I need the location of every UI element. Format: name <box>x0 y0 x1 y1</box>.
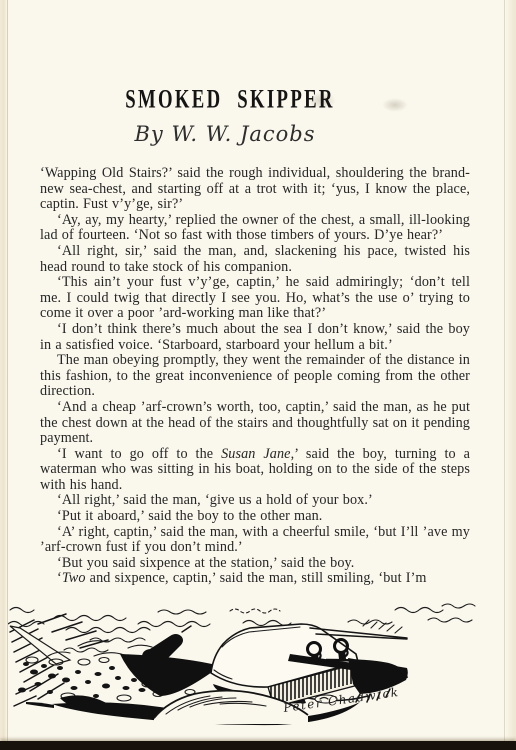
page-right-edge <box>504 0 516 741</box>
page-left-edge <box>0 0 8 750</box>
book-page: SMOKED SKIPPER By W. W. Jacobs ‘Wapping … <box>0 0 516 750</box>
boat-illustration: Peter Chadwick <box>8 598 488 730</box>
story-paragraph: ‘All right,’ said the man, ‘give us a ho… <box>40 493 470 509</box>
story-paragraph: ‘A’ right, captin,’ said the man, with a… <box>40 525 470 556</box>
story-title: SMOKED SKIPPER <box>62 85 397 115</box>
text-block: SMOKED SKIPPER By W. W. Jacobs ‘Wapping … <box>40 85 470 587</box>
story-paragraph: ‘I don’t think there’s much about the se… <box>40 322 470 353</box>
bow-shadow-art <box>120 654 212 696</box>
shore-shadow-tail-art <box>26 702 54 708</box>
story-paragraph: ‘This ain’t your fust v’y’ge, captin,’ h… <box>40 275 470 322</box>
story-paragraph: ‘And a cheap ’arf-crown’s worth, too, ca… <box>40 400 470 447</box>
story-paragraph: ‘Put it aboard,’ said the boy to the oth… <box>40 509 470 525</box>
story-paragraph: ‘But you said sixpence at the station,’ … <box>40 556 470 572</box>
story-paragraph: ‘I want to go off to the Susan Jane,’ sa… <box>40 447 470 494</box>
gangplank-art <box>10 626 70 664</box>
story-byline: By W. W. Jacobs <box>10 122 440 146</box>
page-bottom-edge <box>0 741 516 750</box>
story-paragraph: ‘Wapping Old Stairs?’ said the rough ind… <box>40 166 470 213</box>
story-paragraph: ‘All right, sir,’ said the man, and, sla… <box>40 244 470 275</box>
story-paragraph: ‘Two and sixpence, captin,’ said the man… <box>40 571 470 587</box>
story-paragraph: The man obeying promptly, they went the … <box>40 353 470 400</box>
story-text: ‘Wapping Old Stairs?’ said the rough ind… <box>40 166 470 587</box>
story-paragraph: ‘Ay, ay, my hearty,’ replied the owner o… <box>40 213 470 244</box>
